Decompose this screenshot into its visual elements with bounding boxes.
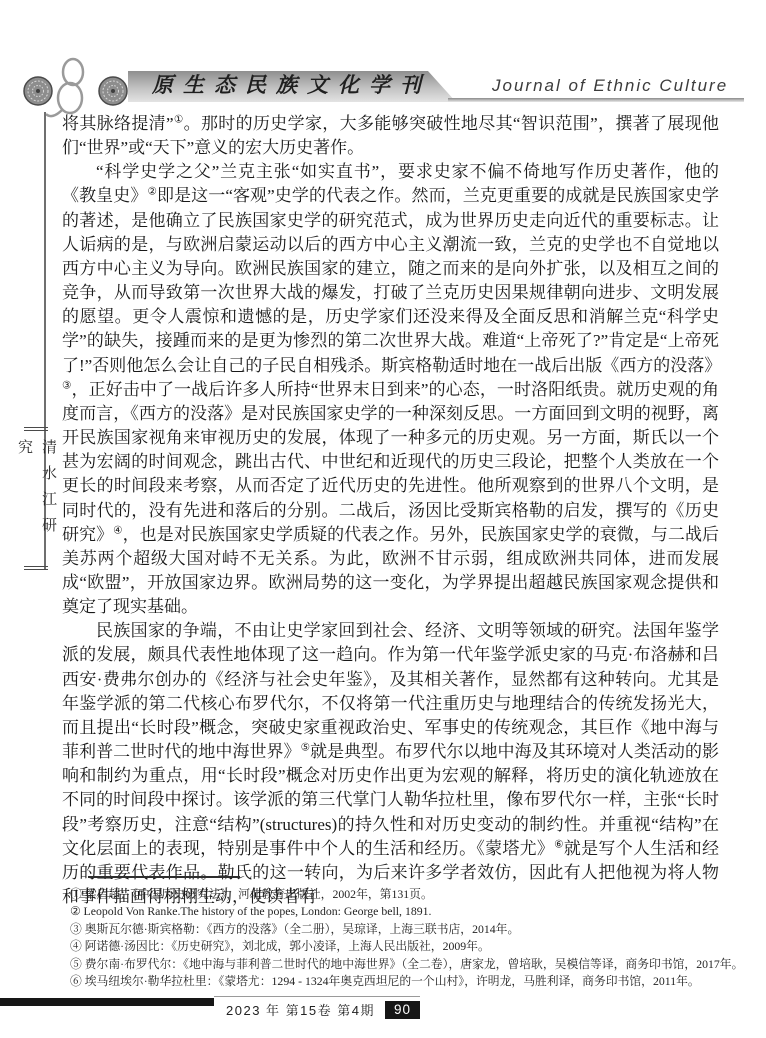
footnote-marker: ⑥ [554, 839, 564, 850]
body-paragraph: 将其脉络提清”①。那时的历史学家，大多能够突破性地尽其“智识范围”，撰著了展现他… [62, 112, 719, 160]
footnote-item: ① 梁启超：《中国历史研究法》，河北教育出版社，2002年，第131页。 [70, 886, 750, 903]
body-text: 将其脉络提清”①。那时的历史学家，大多能够突破性地尽其“智识范围”，撰著了展现他… [62, 112, 719, 909]
footnote-marker: ③ [62, 380, 72, 391]
page-number-badge: 90 [385, 1001, 420, 1019]
footnote-item: ② Leopold Von Ranke.The history of the p… [70, 903, 750, 920]
page-footer: 2023 年 第15卷 第4期 90 [0, 995, 420, 1019]
body-text-run: 将其脉络提清” [62, 114, 174, 133]
footer-bar [0, 998, 214, 1006]
footnote-marker: ① [174, 114, 184, 125]
column-label: 清水江研究 [12, 439, 60, 566]
body-text-run: ，正好击中了一战后许多人所持“世界末日到来”的心态，一时洛阳纸贵。就历史观的角度… [62, 380, 719, 544]
footnote-marker: ② [147, 187, 157, 198]
journal-title-en: Journal of Ethnic Culture [492, 76, 728, 96]
body-paragraph: “科学史学之父”兰克主张“如实直书”，要求史家不偏不倚地写作历史著作，他的《教皇… [62, 160, 719, 619]
footnote-list: ① 梁启超：《中国历史研究法》，河北教育出版社，2002年，第131页。② Le… [70, 886, 750, 990]
footnote-item: ④ 阿诺德·汤因比：《历史研究》，刘北成，郭小凌译，上海人民出版社，2009年。 [70, 938, 750, 955]
issue-info: 2023 年 第15卷 第4期 [226, 1000, 375, 1019]
header-rule [448, 98, 744, 102]
footnote-item: ③ 奥斯瓦尔德·斯宾格勒：《西方的没落》（全二册），吴琼译，上海三联书店，201… [70, 921, 750, 938]
footnote-item: ⑥ 埃马纽埃尔·勒华拉杜里：《蒙塔尤：1294 - 1324年奥克西坦尼的一个山… [70, 973, 750, 990]
footnote-marker: ⑤ [301, 742, 310, 753]
column-label-box: 清水江研究 [24, 427, 48, 570]
footnote-marker: ④ [113, 525, 122, 536]
journal-page: 原生态民族文化学刊 Journal of Ethnic Culture 清水江研… [0, 0, 766, 1038]
body-paragraph: 民族国家的争端，不由让史学家回到社会、经济、文明等领域的研究。法国年鉴学派的发展… [62, 619, 719, 909]
body-text-run: 民族国家的争端，不由让史学家回到社会、经济、文明等领域的研究。法国年鉴学派的发展… [62, 621, 719, 761]
footnote-item: ⑤ 费尔南·布罗代尔：《地中海与菲利普二世时代的地中海世界》（全二卷），唐家龙，… [70, 956, 750, 973]
footnote-separator [88, 876, 240, 878]
journal-title-cn: 原生态民族文化学刊 [152, 71, 431, 102]
footer-right: 2023 年 第15卷 第4期 90 [214, 996, 420, 1019]
body-text-run: 即是这一“客观”史学的代表之作。然而，兰克更重要的成就是民族国家史学的著述，是他… [62, 186, 721, 374]
journal-title-banner: 原生态民族文化学刊 [128, 71, 456, 102]
body-text-run: ，也是对民族国家史学质疑的代表之作。另外，民族国家史学的衰微，与二战后美苏两个超… [62, 525, 719, 616]
